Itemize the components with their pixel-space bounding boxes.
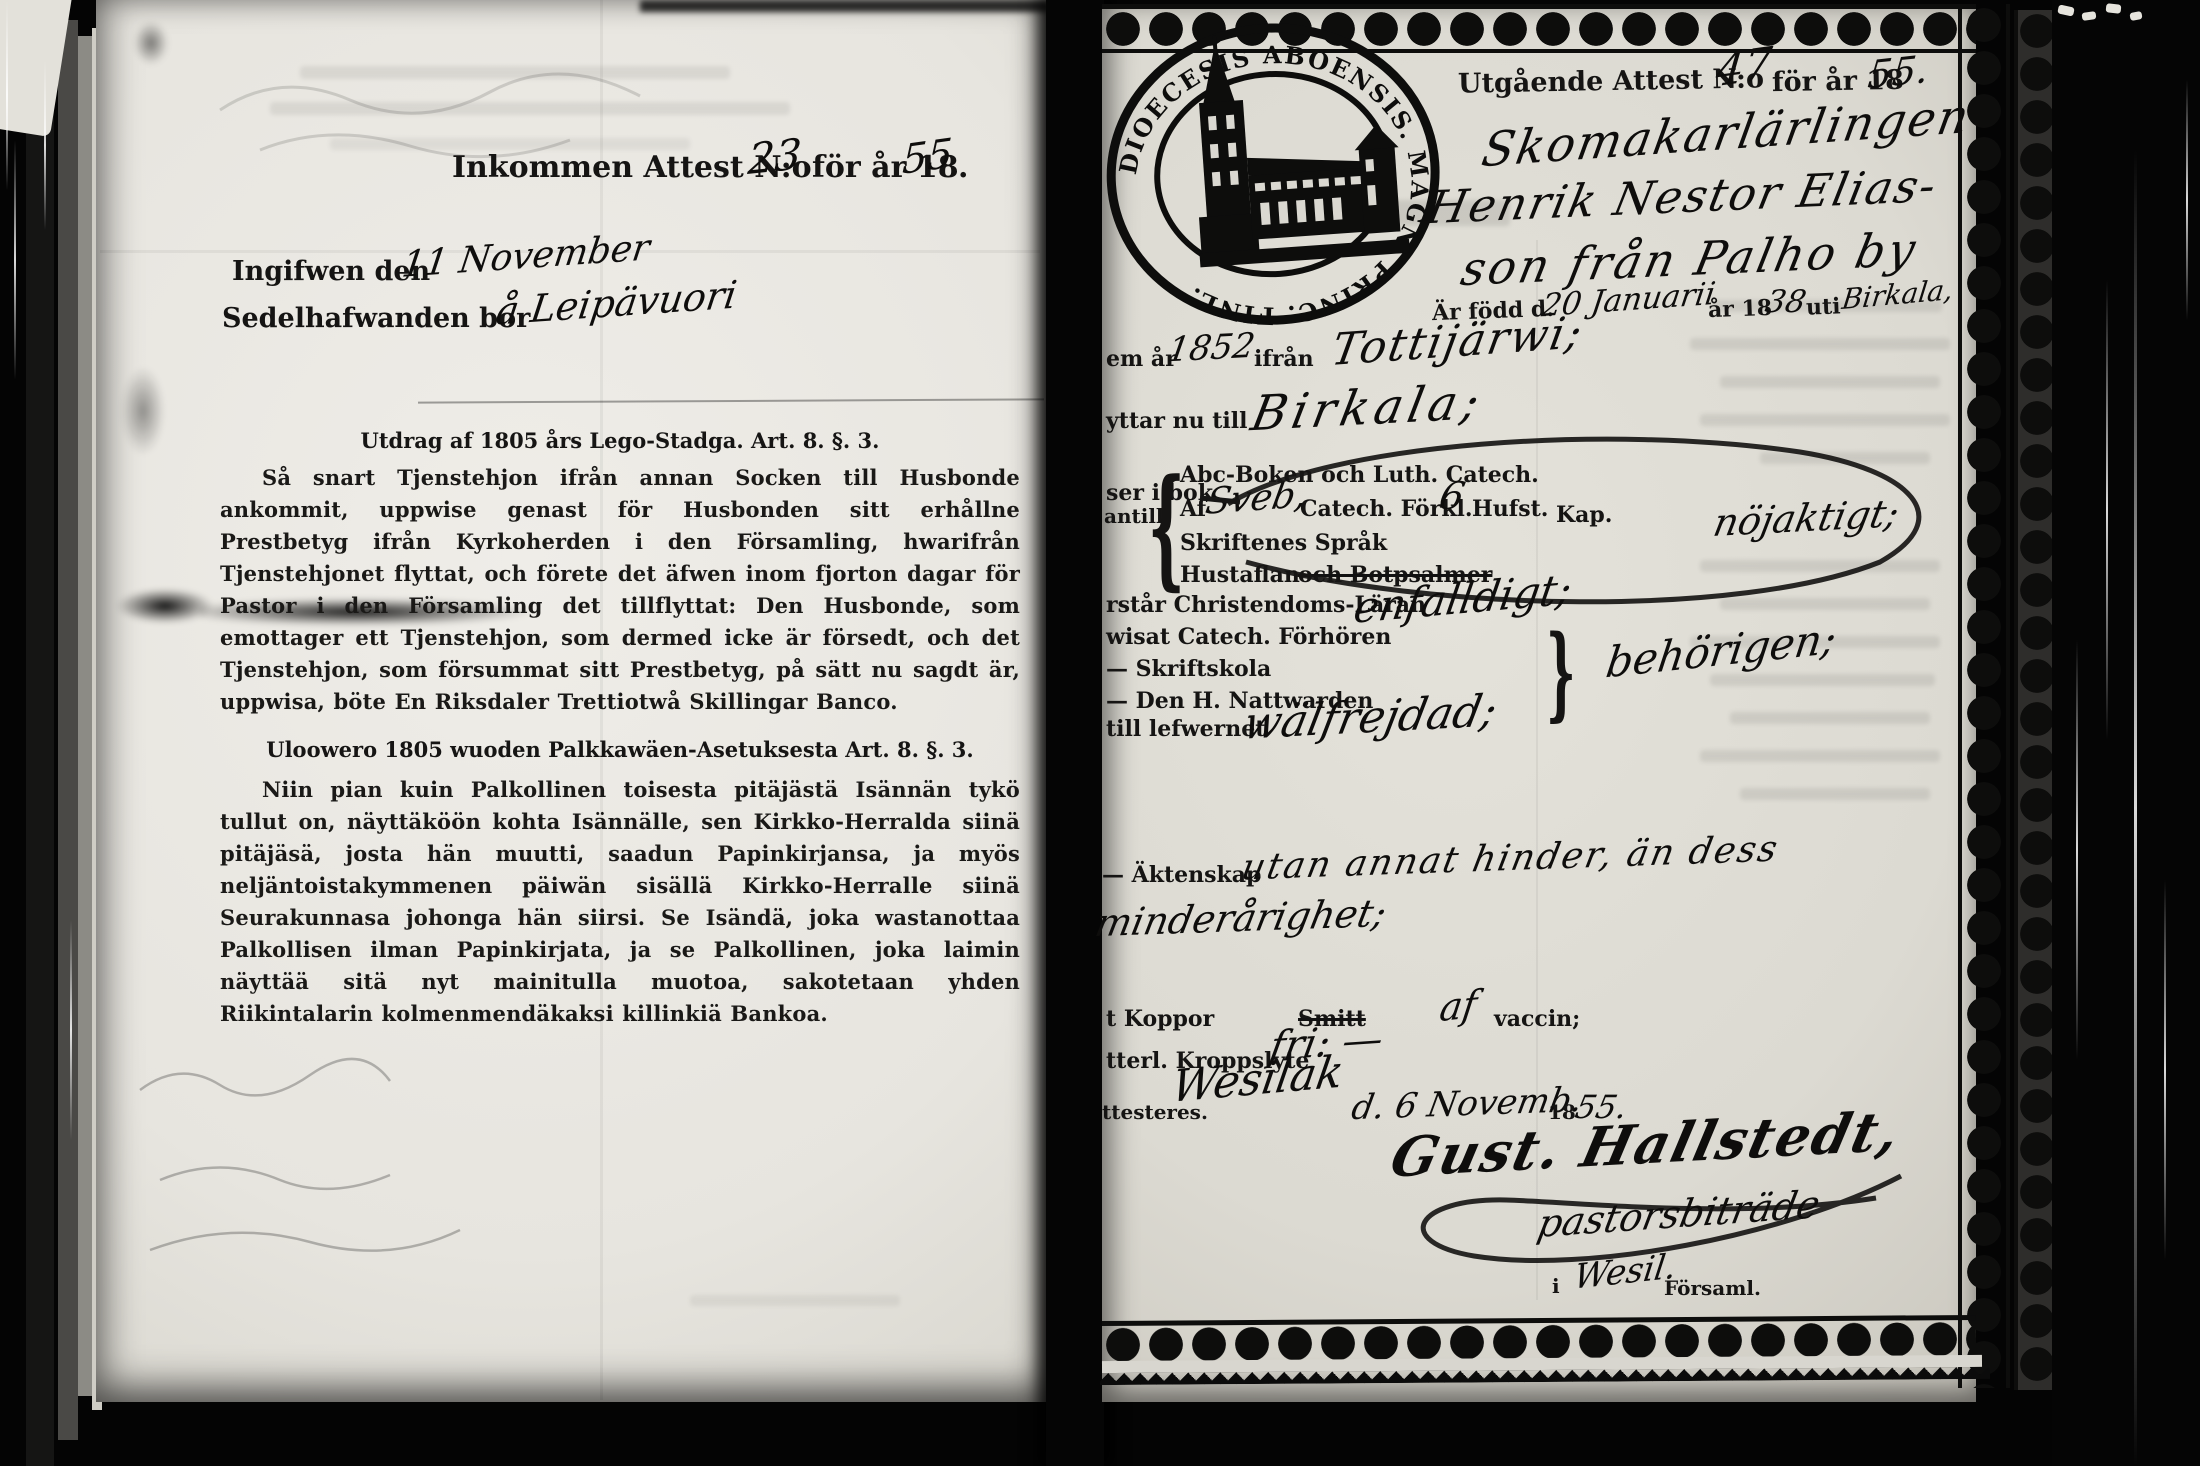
scratch-line bbox=[14, 140, 16, 380]
ink-smear bbox=[114, 352, 172, 470]
ink-smear bbox=[128, 14, 174, 72]
swedish-statute-heading: Utdrag af 1805 års Lego-Stadga. Art. 8. … bbox=[225, 428, 1015, 453]
diocese-seal: DIOECESIS ABOENSIS. MAGN. PRINC. FINL. bbox=[1088, 4, 1461, 340]
confirmation-school-label: — Skriftskola bbox=[1106, 656, 1271, 682]
attendance-brace-close: } bbox=[1546, 614, 1576, 732]
book-scan: Inkommen Attest N:o 23 för år 18 55 . In… bbox=[0, 0, 2200, 1466]
smallpox-by-hand: af bbox=[1437, 982, 1480, 1031]
incoming-year-number: 55 bbox=[901, 130, 953, 184]
pencil-squiggles bbox=[120, 1030, 640, 1290]
bleed-through-line bbox=[690, 1295, 900, 1306]
scratch-line-bright bbox=[2134, 150, 2137, 1466]
born-in-label: uti bbox=[1806, 293, 1841, 320]
catechism-exams-label: wisat Catech. Förhören bbox=[1106, 624, 1391, 650]
outgoing-year-number: 55. bbox=[1866, 46, 1931, 97]
outgoing-attest-number: 47 bbox=[1714, 37, 1775, 97]
marriage-label: — Äktenskap bbox=[1102, 862, 1261, 888]
paper-speck bbox=[2106, 3, 2122, 14]
page-edge-stack-dark bbox=[26, 0, 54, 1466]
scratch-line bbox=[70, 920, 72, 1140]
bleed-through-line bbox=[1720, 376, 1940, 388]
scratch-line bbox=[2106, 280, 2108, 740]
scratch-line bbox=[2076, 640, 2078, 1060]
smallpox-label: t Koppor bbox=[1106, 1006, 1214, 1032]
finnish-statute-body: Niin pian kuin Palkollinen toisesta pitä… bbox=[220, 774, 1020, 1030]
bleed-through-line bbox=[1690, 338, 1950, 350]
book-gutter bbox=[1046, 0, 1104, 1466]
bleed-through-line bbox=[1710, 674, 1935, 686]
smallpox-vaccine-label: vaccin; bbox=[1494, 1006, 1580, 1032]
holder-residence-label: Sedelhafwanden bor bbox=[222, 303, 530, 334]
bleed-through-line bbox=[1700, 750, 1940, 762]
ink-smear bbox=[640, 0, 1050, 12]
arrived-year: 1852 bbox=[1165, 326, 1258, 371]
scratch-line bbox=[44, 60, 46, 230]
scratch-line bbox=[2186, 80, 2188, 320]
arrived-from-label: ifrån bbox=[1254, 346, 1314, 372]
bleed-through-line bbox=[1730, 712, 1930, 724]
scratch-line bbox=[6, 0, 8, 190]
parish-forsaml-label: Församl. bbox=[1664, 1276, 1761, 1300]
bleed-through-line bbox=[1740, 788, 1930, 800]
right-book-edge bbox=[2052, 0, 2200, 1466]
border-ornament-right bbox=[1958, 4, 2010, 1388]
scratch-line bbox=[2164, 880, 2166, 1260]
swedish-statute-body: Så snart Tjenstehjon ifrån annan Socken … bbox=[220, 462, 1020, 718]
parish-in-label: i bbox=[1552, 1274, 1560, 1298]
born-year-value: 38 bbox=[1762, 284, 1809, 320]
incoming-attest-number: 23 bbox=[746, 129, 803, 184]
finnish-statute-heading: Uloowero 1805 wuoden Palkkawäen-Asetukse… bbox=[225, 737, 1015, 762]
page-edge-stack-mid bbox=[58, 20, 78, 1440]
incoming-header-period: . bbox=[958, 150, 968, 185]
